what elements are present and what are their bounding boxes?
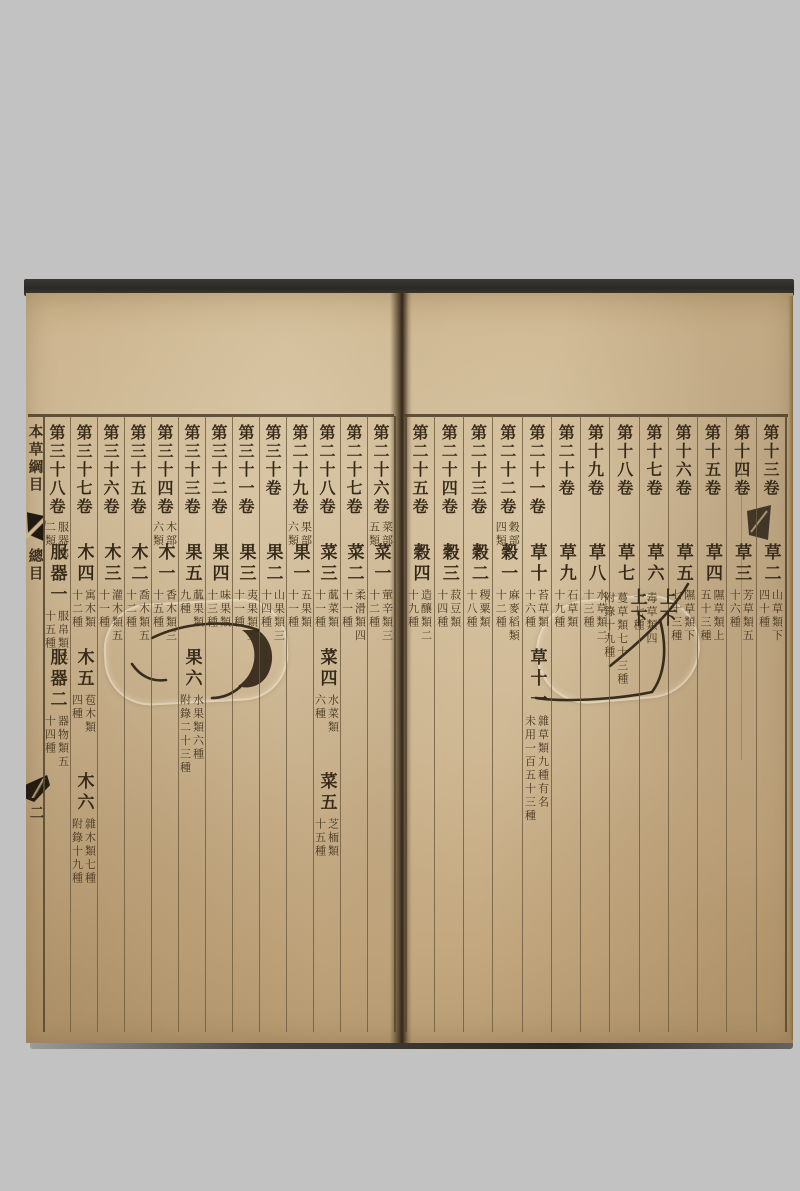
entry-note: 蓏果類九種 (179, 589, 204, 630)
volume-header: 第二十卷 (550, 424, 580, 498)
entry-note-left: 十四種 (260, 589, 272, 630)
toc-entry: 服器一服帛類二十五種 (42, 543, 70, 664)
entry-note-left: 十八種 (465, 589, 477, 630)
spine-section-label: 總目 (27, 548, 42, 583)
spine-title: 本草綱目 (27, 424, 42, 494)
entry-note-left: 六種 (314, 694, 326, 721)
entry-note-left: 十一種 (287, 589, 299, 630)
entry-note-left: 十二種 (494, 589, 506, 630)
entry-note: 石草類十九種 (553, 589, 578, 630)
entry-note: 寓木類十二種 (71, 589, 96, 630)
entry-note-right: 山果類三 (273, 589, 285, 643)
right-page-deckled-edge (788, 296, 793, 1040)
toc-entry: 木四寓木類十二種 (69, 543, 97, 630)
volume-label: 第十五卷 (704, 424, 720, 498)
book-scan: 本草綱目 總目 二 第十三卷草二山草類下四十種第十四卷草三芳草類五十六種第十五卷… (0, 0, 800, 1191)
volume-label: 第三十六卷 (102, 424, 118, 517)
toc-column: 第三十七卷木四寓木類十二種木五苞木類四種木六雜木類七種附錄十九種 (69, 424, 97, 1044)
entry-note-left: 十二種 (125, 589, 137, 630)
entry-note-right: 山草類下 (771, 589, 783, 643)
volume-header: 第十六卷 (667, 424, 697, 498)
entry-note-right: 水果類六種 (192, 694, 204, 762)
entry-note-right: 蓏菜類 (327, 589, 339, 630)
entry-note-left: 十二種 (71, 589, 83, 630)
entry-note: 造釀類二十九種 (407, 589, 432, 643)
toc-entry: 果三夷果類三十一種 (231, 543, 259, 643)
entry-note: 山果類三十四種 (260, 589, 285, 643)
volume-header: 第二十二卷穀部四類 (492, 424, 522, 548)
toc-column: 第二十三卷穀二稷粟類十八種 (463, 424, 493, 1044)
entry-heading: 木四 (75, 543, 92, 585)
entry-note: 水果類六種附錄二十三種 (179, 694, 204, 775)
toc-column: 第三十六卷木三灌木類五十一種 (96, 424, 124, 1044)
entry-note-right: 蓏果類 (192, 589, 204, 630)
toc-entry: 果五蓏果類九種 (177, 543, 205, 630)
toc-entry: 菜五芝栭類十五種 (312, 772, 340, 859)
entry-note: 隰草類上五十三種 (699, 589, 724, 643)
volume-header: 第三十三卷 (177, 424, 205, 517)
volume-label: 第三十七卷 (75, 424, 91, 517)
volume-label: 第二十九卷 (291, 424, 307, 517)
entry-heading: 草十一 (528, 648, 545, 711)
toc-column: 第十八卷草七上下蔓草類七十三種附錄十九種 (609, 424, 639, 1044)
toc-entry: 菜二柔滑類四十一種 (339, 543, 367, 643)
volume-header: 第二十六卷菜部五類 (366, 424, 394, 548)
volume-header: 第二十七卷 (339, 424, 367, 517)
entry-note-right: 灌木類五 (111, 589, 123, 643)
toc-entry: 草三芳草類五十六種 (726, 543, 756, 643)
entry-note-right: 芳草類五 (741, 589, 753, 643)
entry-note: 雜草類九種有名未用一百五十三種 (524, 715, 549, 823)
toc-entry: 穀一麻麥稻類十二種 (492, 543, 522, 643)
entry-note-left: 十五種 (152, 589, 164, 630)
volume-label: 第二十二卷 (499, 424, 515, 517)
toc-column: 第二十七卷菜二柔滑類四十一種 (339, 424, 367, 1044)
volume-header: 第十八卷 (609, 424, 639, 498)
entry-heading: 菜五 (318, 772, 335, 814)
entry-note-right: 隰草類上 (712, 589, 724, 643)
entry-note-right: 器物類五 (57, 715, 69, 769)
entry-heading: 木一 (156, 543, 173, 585)
toc-entry: 木五苞木類四種 (69, 648, 97, 735)
entry-note-right: 麻麥稻類 (507, 589, 519, 643)
toc-column: 第三十卷果二山果類三十四種 (258, 424, 286, 1044)
toc-column: 第三十四卷木部六類木一香木類三十五種 (150, 424, 178, 1044)
volume-header: 第二十八卷 (312, 424, 340, 517)
column-rule (785, 416, 787, 1032)
volume-label: 第十四卷 (733, 424, 749, 498)
entry-note-right: 五果類 (300, 589, 312, 630)
volume-label: 第二十八卷 (318, 424, 334, 517)
entry-heading: 木三 (102, 543, 119, 585)
entry-note: 芝栭類十五種 (314, 818, 339, 859)
volume-header: 第三十六卷 (96, 424, 124, 517)
toc-entry: 木六雜木類七種附錄十九種 (69, 772, 97, 886)
entry-note-left: 十一種 (233, 589, 245, 630)
entry-note-right: 喬木類五 (138, 589, 150, 643)
entry-note-left: 十四種 (44, 715, 56, 756)
entry-note: 器物類五十四種 (44, 715, 69, 769)
volume-label: 第三十三卷 (183, 424, 199, 517)
entry-heading: 穀四 (411, 543, 428, 585)
entry-note-left: 十一種 (314, 589, 326, 630)
entry-note: 雜木類七種附錄十九種 (71, 818, 96, 886)
volume-label: 第十九卷 (587, 424, 603, 498)
toc-column: 第三十一卷果三夷果類三十一種 (231, 424, 259, 1044)
entry-note-left: 十六種 (524, 589, 536, 630)
toc-entry: 木三灌木類五十一種 (96, 543, 124, 643)
entry-note: 稷粟類十八種 (465, 589, 490, 630)
toc-column: 第十四卷草三芳草類五十六種 (726, 424, 756, 1044)
toc-column: 第十六卷草五隰草類下七十三種 (667, 424, 697, 1044)
entry-note-right: 苞木類 (84, 694, 96, 735)
volume-header: 第十五卷 (697, 424, 727, 498)
entry-note-left: 未用一百五十三種 (524, 715, 536, 823)
entry-heading: 菜二 (345, 543, 362, 585)
entry-note-left: 十三種 (206, 589, 218, 630)
volume-header: 第十七卷 (638, 424, 668, 498)
toc-entry: 草八水草類二十三種 (580, 543, 610, 643)
entry-heading: 果五 (183, 543, 200, 585)
entry-side-label: 上下 (628, 588, 645, 630)
volume-label: 第三十卷 (264, 424, 280, 498)
entry-note-left: 四十種 (758, 589, 770, 630)
entry-note-right: 苔草類 (537, 589, 549, 630)
entry-heading: 穀一 (498, 543, 515, 585)
toc-column: 第二十八卷菜三蓏菜類十一種菜四水菜類六種菜五芝栭類十五種 (312, 424, 340, 1044)
entry-heading: 果四 (210, 543, 227, 585)
entry-heading: 草四 (703, 543, 720, 585)
toc-column: 第二十二卷穀部四類穀一麻麥稻類十二種 (492, 424, 522, 1044)
volume-header: 第三十二卷 (204, 424, 232, 517)
toc-entry: 果一五果類十一種 (285, 543, 313, 630)
entry-note-left: 十四種 (436, 589, 448, 630)
entry-heading: 草三 (732, 543, 749, 585)
toc-column: 第二十六卷菜部五類菜一葷辛類三十二種 (366, 424, 394, 1044)
toc-entry: 草七上下蔓草類七十三種附錄十九種 (609, 543, 639, 687)
entry-note: 菽豆類十四種 (436, 589, 461, 630)
volume-label: 第三十四卷 (156, 424, 172, 517)
entry-note-left: 十六種 (728, 589, 740, 630)
entry-note-right: 雜木類七種 (84, 818, 96, 886)
entry-note: 苞木類四種 (71, 694, 96, 735)
toc-entry: 草十一雜草類九種有名未用一百五十三種 (521, 648, 551, 823)
entry-note-right: 葷辛類三 (381, 589, 393, 643)
entry-heading: 穀二 (469, 543, 486, 585)
entry-note: 喬木類五十二種 (125, 589, 150, 643)
toc-entry: 果四味果類十三種 (204, 543, 232, 630)
volume-label: 第十八卷 (616, 424, 632, 498)
entry-note-left: 附錄二十三種 (179, 694, 191, 775)
entry-note-right: 蔓草類七十三種 (616, 592, 628, 687)
entry-note: 灌木類五十一種 (98, 589, 123, 643)
volume-label: 第三十一卷 (237, 424, 253, 517)
entry-note: 芳草類五十六種 (728, 589, 753, 643)
toc-column: 第三十三卷果五蓏果類九種果六水果類六種附錄二十三種 (177, 424, 205, 1044)
entry-note: 苔草類十六種 (524, 589, 549, 630)
volume-label: 第三十二卷 (210, 424, 226, 517)
entry-heading: 穀三 (440, 543, 457, 585)
entry-heading: 草二 (762, 543, 779, 585)
volume-header: 第十四卷 (726, 424, 756, 498)
entry-heading: 草九 (557, 543, 574, 585)
entry-note-right: 石草類 (566, 589, 578, 630)
entry-note: 香木類三十五種 (152, 589, 177, 643)
toc-column: 第十七卷草六上下毒草類四十七種 (638, 424, 668, 1044)
entry-heading: 菜三 (318, 543, 335, 585)
volume-label: 第二十六卷 (372, 424, 388, 517)
volume-label: 第二十五卷 (411, 424, 427, 517)
entry-note-right: 造釀類二 (420, 589, 432, 643)
volume-header: 第三十七卷 (69, 424, 97, 517)
toc-column: 第十九卷草八水草類二十三種 (580, 424, 610, 1044)
toc-column: 第十五卷草四隰草類上五十三種 (697, 424, 727, 1044)
entry-note-right: 夷果類三 (246, 589, 258, 643)
volume-label: 第二十卷 (557, 424, 573, 498)
entry-note-left: 十二種 (368, 589, 380, 630)
entry-heading: 菜四 (318, 648, 335, 690)
toc-column: 第二十五卷穀四造釀類二十九種 (404, 424, 434, 1044)
entry-note-left: 九種 (179, 589, 191, 616)
toc-column: 第二十一卷草十苔草類十六種草十一雜草類九種有名未用一百五十三種 (521, 424, 551, 1044)
volume-header: 第十九卷 (580, 424, 610, 498)
entry-note-right: 隰草類下 (683, 589, 695, 643)
toc-entry: 穀三菽豆類十四種 (433, 543, 463, 630)
page-number: 二 (28, 805, 43, 820)
entry-side-label: 上下 (657, 588, 674, 630)
entry-note: 味果類十三種 (206, 589, 231, 630)
entry-heading: 果六 (183, 648, 200, 690)
volume-header: 第三十一卷 (231, 424, 259, 517)
volume-header: 第二十四卷 (433, 424, 463, 517)
entry-note-right: 寓木類 (84, 589, 96, 630)
entry-note-right: 水菜類 (327, 694, 339, 735)
toc-entry: 草十苔草類十六種 (521, 543, 551, 630)
entry-note: 夷果類三十一種 (233, 589, 258, 643)
toc-entry: 草二山草類下四十種 (755, 543, 785, 643)
entry-note-right: 柔滑類四 (354, 589, 366, 643)
volume-header: 第三十五卷 (123, 424, 151, 517)
entry-note-left: 十三種 (582, 589, 594, 630)
entry-heading: 服器二 (48, 648, 65, 711)
volume-label: 第二十三卷 (470, 424, 486, 517)
volume-header: 第二十九卷果部六類 (285, 424, 313, 548)
toc-entry: 草四隰草類上五十三種 (697, 543, 727, 643)
entry-note: 五果類十一種 (287, 589, 312, 630)
entry-note: 葷辛類三十二種 (368, 589, 393, 643)
toc-entry: 菜一葷辛類三十二種 (366, 543, 394, 643)
entry-heading: 草五 (674, 543, 691, 585)
volume-label: 第十六卷 (674, 424, 690, 498)
toc-column: 第三十五卷木二喬木類五十二種 (123, 424, 151, 1044)
volume-label: 第三十五卷 (129, 424, 145, 517)
toc-entry: 木一香木類三十五種 (150, 543, 178, 643)
entry-note-left: 十九種 (553, 589, 565, 630)
toc-entry: 穀四造釀類二十九種 (404, 543, 434, 643)
volume-header: 第三十卷 (258, 424, 286, 498)
entry-note-left: 十五種 (44, 610, 56, 651)
toc-column: 第二十卷草九石草類十九種 (550, 424, 580, 1044)
entry-heading: 果二 (264, 543, 281, 585)
entry-heading: 木五 (75, 648, 92, 690)
volume-header: 第二十一卷 (521, 424, 551, 517)
entry-note-right: 菽豆類 (449, 589, 461, 630)
entry-note: 水草類二十三種 (582, 589, 607, 643)
volume-header: 第二十五卷 (404, 424, 434, 517)
entry-note: 蓏菜類十一種 (314, 589, 339, 630)
entry-note-left: 五十三種 (699, 589, 711, 643)
entry-heading: 草六 (645, 543, 662, 585)
volume-header: 第十三卷 (755, 424, 785, 498)
entry-note-left: 附錄十九種 (71, 818, 83, 886)
entry-heading: 果一 (291, 543, 308, 585)
toc-entry: 果六水果類六種附錄二十三種 (177, 648, 205, 775)
toc-entry: 菜四水菜類六種 (312, 648, 340, 735)
toc-entry: 穀二稷粟類十八種 (463, 543, 493, 630)
toc-column: 第二十四卷穀三菽豆類十四種 (433, 424, 463, 1044)
entry-heading: 木二 (129, 543, 146, 585)
toc-column: 第三十八卷服器部二類服器一服帛類二十五種服器二器物類五十四種 (42, 424, 70, 1044)
volume-label: 第十三卷 (762, 424, 778, 498)
volume-label: 第十七卷 (645, 424, 661, 498)
toc-column: 第十三卷草二山草類下四十種 (755, 424, 785, 1044)
entry-heading: 草七 (615, 543, 632, 585)
entry-heading: 草十 (528, 543, 545, 585)
volume-header: 第三十八卷服器部二類 (42, 424, 70, 561)
volume-header: 第三十四卷木部六類 (150, 424, 178, 548)
entry-note-left: 十五種 (314, 818, 326, 859)
entry-note: 山草類下四十種 (758, 589, 783, 643)
toc-entry: 草九石草類十九種 (550, 543, 580, 630)
volume-label: 第二十七卷 (345, 424, 361, 517)
entry-note-right: 稷粟類 (478, 589, 490, 630)
toc-column: 第二十九卷果部六類果一五果類十一種 (285, 424, 313, 1044)
entry-note-right: 芝栭類 (327, 818, 339, 859)
volume-header: 第二十三卷 (463, 424, 493, 517)
volume-label: 第三十八卷 (48, 424, 64, 517)
entry-note-left: 四種 (71, 694, 83, 721)
entry-note-right: 水草類二 (595, 589, 607, 643)
entry-note: 水菜類六種 (314, 694, 339, 735)
volume-label: 第二十一卷 (528, 424, 544, 517)
toc-entry: 木二喬木類五十二種 (123, 543, 151, 643)
entry-heading: 果三 (237, 543, 254, 585)
entry-note: 麻麥稻類十二種 (494, 589, 519, 643)
entry-note-right: 味果類 (219, 589, 231, 630)
toc-entry: 菜三蓏菜類十一種 (312, 543, 340, 630)
entry-note-left: 十一種 (341, 589, 353, 630)
entry-heading: 菜一 (372, 543, 389, 585)
entry-heading: 草八 (586, 543, 603, 585)
toc-column: 第三十二卷果四味果類十三種 (204, 424, 232, 1044)
entry-note: 柔滑類四十一種 (341, 589, 366, 643)
toc-entry: 服器二器物類五十四種 (42, 648, 70, 769)
entry-heading: 服器一 (48, 543, 65, 606)
entry-note-right: 香木類三 (165, 589, 177, 643)
toc-entry: 果二山果類三十四種 (258, 543, 286, 643)
entry-heading: 木六 (75, 772, 92, 814)
volume-label: 第二十四卷 (440, 424, 456, 517)
entry-note-left: 十九種 (407, 589, 419, 630)
entry-note-right: 雜草類九種有名 (537, 715, 549, 810)
right-page-frame-line (404, 414, 788, 417)
entry-note-left: 十一種 (98, 589, 110, 630)
